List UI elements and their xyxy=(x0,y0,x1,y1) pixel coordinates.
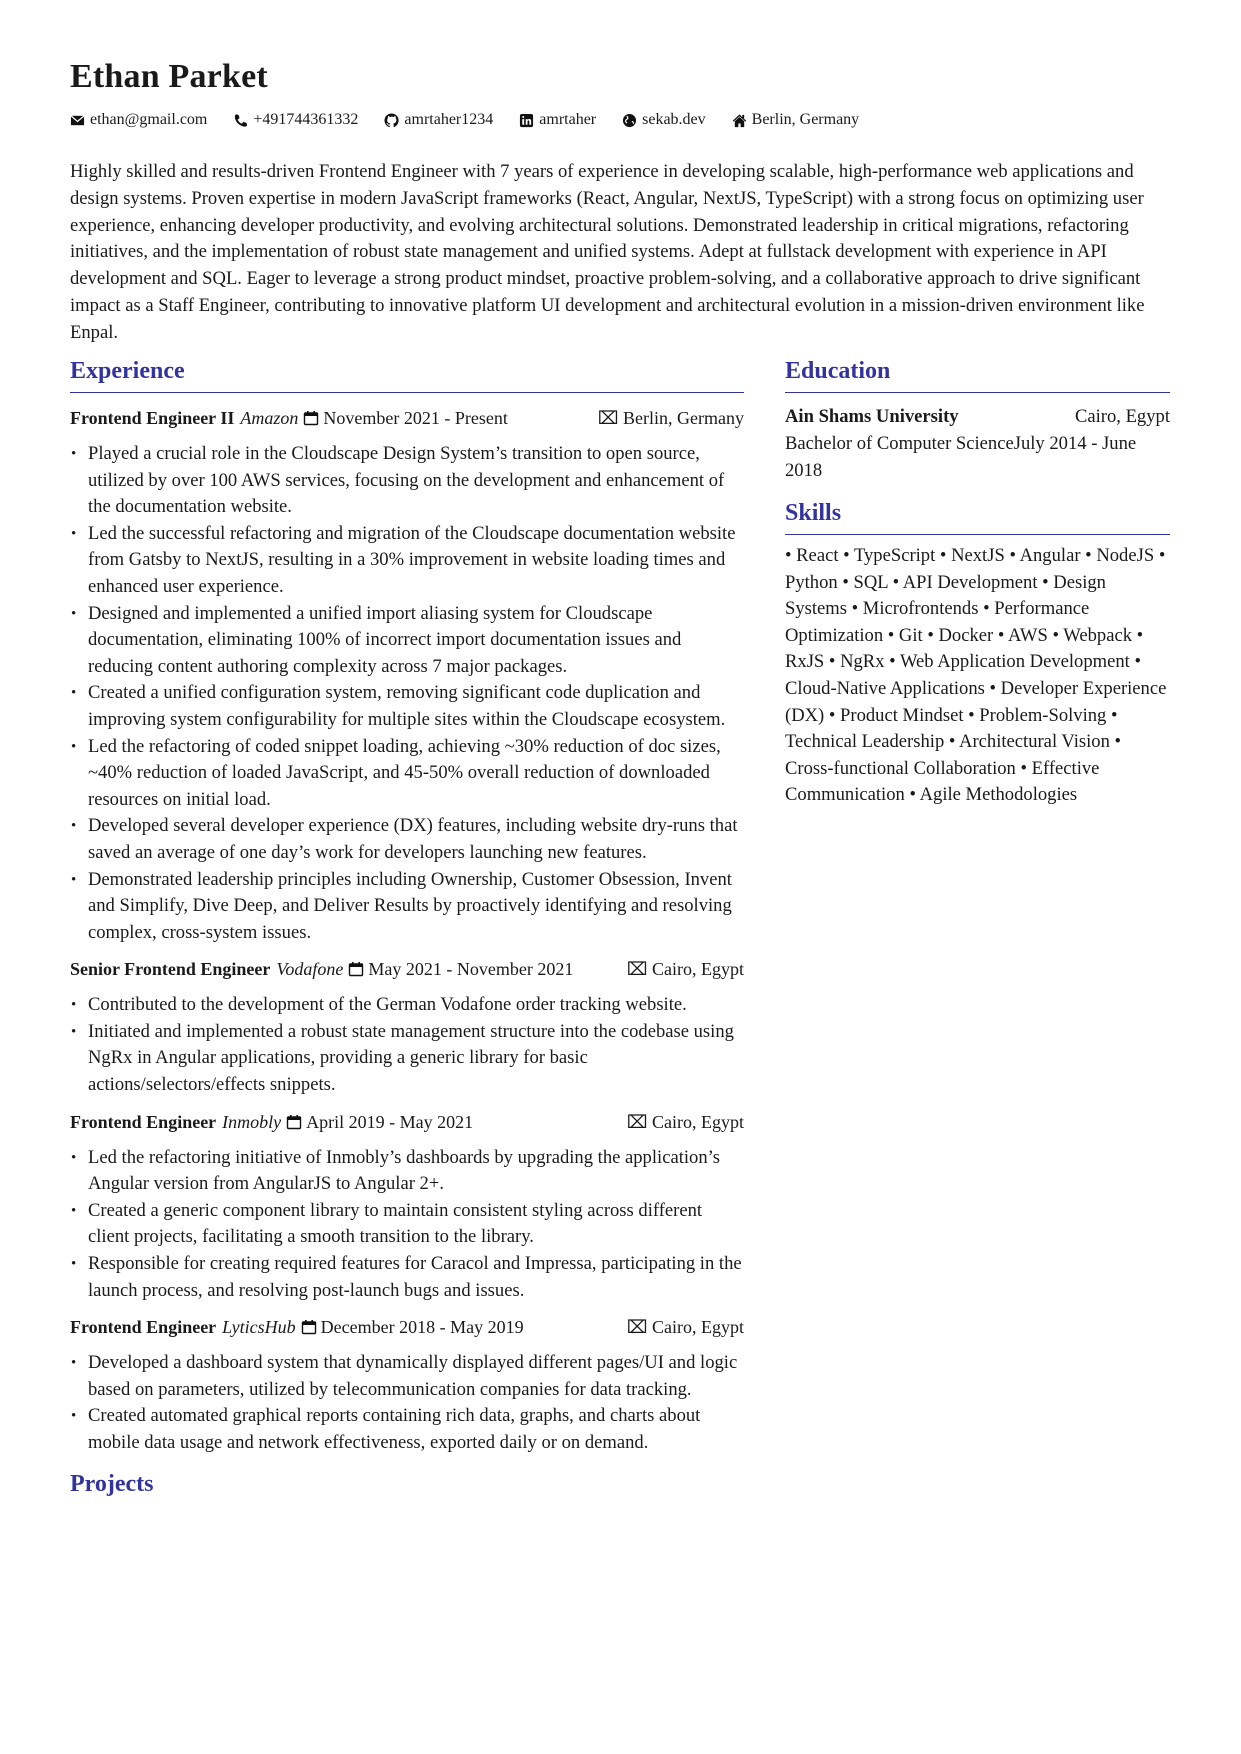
globe-icon xyxy=(622,113,637,128)
job-title: Senior Frontend Engineer xyxy=(70,956,270,982)
job-dates-text: May 2021 - November 2021 xyxy=(368,956,573,982)
job-company: Inmobly xyxy=(222,1109,281,1135)
education-degree-row: Bachelor of Computer ScienceJuly 2014 - … xyxy=(785,430,1170,484)
contact-phone-text: +491744361332 xyxy=(253,111,358,129)
list-item: Developed a dashboard system that dynami… xyxy=(70,1350,744,1403)
calendar-icon xyxy=(301,1319,317,1335)
job-entry: Frontend Engineer Inmobly April 2019 - M… xyxy=(70,1109,744,1305)
job-entry: Senior Frontend Engineer Vodafone May 20… xyxy=(70,956,744,1098)
job-company: LyticsHub xyxy=(222,1314,295,1340)
job-header: Frontend Engineer LyticsHub December 201… xyxy=(70,1314,744,1340)
envelope-icon xyxy=(70,113,85,128)
job-dates: December 2018 - May 2019 xyxy=(301,1314,524,1340)
calendar-icon xyxy=(348,961,364,977)
experience-heading: Experience xyxy=(70,356,744,393)
candidate-name: Ethan Parket xyxy=(70,58,268,96)
job-dates: May 2021 - November 2021 xyxy=(348,956,573,982)
education-school: Ain Shams University xyxy=(785,403,959,430)
job-company: Amazon xyxy=(240,405,298,431)
list-item: Contributed to the development of the Ge… xyxy=(70,992,744,1019)
contact-location: Berlin, Germany xyxy=(732,111,860,129)
contact-github[interactable]: amrtaher1234 xyxy=(384,111,493,129)
contact-website[interactable]: sekab.dev xyxy=(622,111,706,129)
education-location: Cairo, Egypt xyxy=(1075,403,1170,430)
contact-website-text: sekab.dev xyxy=(642,111,706,129)
job-bullets: Played a crucial role in the Cloudscape … xyxy=(70,441,744,946)
job-location: ⌧ Berlin, Germany xyxy=(598,405,744,431)
job-bullets: Developed a dashboard system that dynami… xyxy=(70,1350,744,1456)
job-dates: November 2021 - Present xyxy=(303,405,507,431)
sidebar-column: Education Ain Shams University Cairo, Eg… xyxy=(785,356,1170,809)
contact-bar: ethan@gmail.com +491744361332 amrtaher12… xyxy=(70,111,859,129)
home-icon xyxy=(732,113,747,128)
job-location: ⌧ Cairo, Egypt xyxy=(627,1109,744,1135)
list-item: Developed several developer experience (… xyxy=(70,813,744,866)
contact-email[interactable]: ethan@gmail.com xyxy=(70,111,207,129)
phone-icon xyxy=(233,113,248,128)
contact-linkedin[interactable]: amrtaher xyxy=(519,111,596,129)
contact-github-text: amrtaher1234 xyxy=(404,111,493,129)
list-item: Responsible for creating required featur… xyxy=(70,1251,744,1304)
contact-location-text: Berlin, Germany xyxy=(752,111,860,129)
list-item: Created a unified configuration system, … xyxy=(70,680,744,733)
job-title: Frontend Engineer xyxy=(70,1109,216,1135)
experience-column: Experience Frontend Engineer II Amazon N… xyxy=(70,356,744,1505)
resume-page: Ethan Parket ethan@gmail.com +4917443613… xyxy=(0,0,1241,1754)
job-dates: April 2019 - May 2021 xyxy=(286,1109,473,1135)
list-item: Created a generic component library to m… xyxy=(70,1198,744,1251)
job-bullets: Led the refactoring initiative of Inmobl… xyxy=(70,1145,744,1305)
education-school-row: Ain Shams University Cairo, Egypt xyxy=(785,403,1170,430)
education-entry: Ain Shams University Cairo, Egypt Bachel… xyxy=(785,403,1170,484)
job-company: Vodafone xyxy=(276,956,343,982)
contact-phone[interactable]: +491744361332 xyxy=(233,111,358,129)
contact-email-text: ethan@gmail.com xyxy=(90,111,207,129)
job-dates-text: April 2019 - May 2021 xyxy=(306,1109,473,1135)
linkedin-icon xyxy=(519,113,534,128)
job-entry: Frontend Engineer LyticsHub December 201… xyxy=(70,1314,744,1456)
professional-summary: Highly skilled and results-driven Fronte… xyxy=(70,159,1170,347)
list-item: Demonstrated leadership principles inclu… xyxy=(70,867,744,947)
calendar-icon xyxy=(303,410,319,426)
skills-heading: Skills xyxy=(785,498,1170,535)
projects-heading: Projects xyxy=(70,1469,744,1505)
list-item: Led the refactoring of coded snippet loa… xyxy=(70,734,744,814)
education-heading: Education xyxy=(785,356,1170,393)
job-header: Senior Frontend Engineer Vodafone May 20… xyxy=(70,956,744,982)
job-header: Frontend Engineer II Amazon November 202… xyxy=(70,405,744,431)
education-degree: Bachelor of Computer Science xyxy=(785,433,1014,454)
github-icon xyxy=(384,113,399,128)
job-title: Frontend Engineer II xyxy=(70,405,234,431)
list-item: Initiated and implemented a robust state… xyxy=(70,1019,744,1099)
job-dates-text: December 2018 - May 2019 xyxy=(321,1314,524,1340)
job-bullets: Contributed to the development of the Ge… xyxy=(70,992,744,1098)
list-item: Led the refactoring initiative of Inmobl… xyxy=(70,1145,744,1198)
list-item: Played a crucial role in the Cloudscape … xyxy=(70,441,744,521)
list-item: Led the successful refactoring and migra… xyxy=(70,521,744,601)
job-location: ⌧ Cairo, Egypt xyxy=(627,956,744,982)
job-entry: Frontend Engineer II Amazon November 202… xyxy=(70,405,744,946)
calendar-icon xyxy=(286,1114,302,1130)
job-location: ⌧ Cairo, Egypt xyxy=(627,1314,744,1340)
list-item: Designed and implemented a unified impor… xyxy=(70,601,744,681)
skills-list: • React • TypeScript • NextJS • Angular … xyxy=(785,543,1170,809)
list-item: Created automated graphical reports cont… xyxy=(70,1403,744,1456)
job-dates-text: November 2021 - Present xyxy=(323,405,507,431)
job-title: Frontend Engineer xyxy=(70,1314,216,1340)
job-header: Frontend Engineer Inmobly April 2019 - M… xyxy=(70,1109,744,1135)
contact-linkedin-text: amrtaher xyxy=(539,111,596,129)
